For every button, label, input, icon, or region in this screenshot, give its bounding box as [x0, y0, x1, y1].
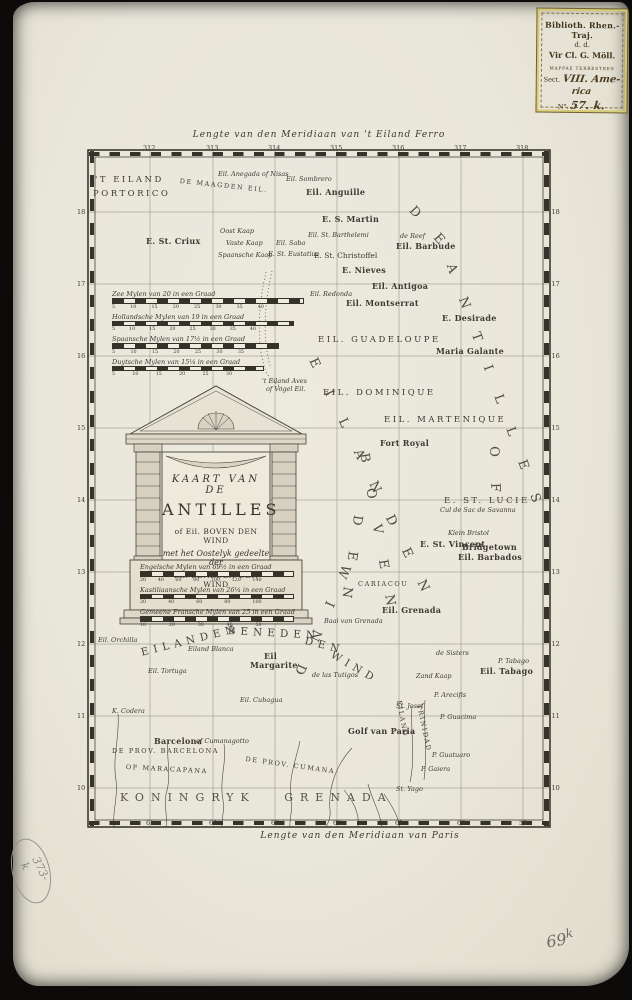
- scale-bar: Hollandsche Mylen van 19 in een Graad510…: [112, 313, 307, 334]
- frame-ticks-left: [90, 151, 95, 826]
- scale-bar-ticks: 5101520253035: [112, 349, 244, 355]
- bookplate-sect-handwriting: VIII. Ame-: [562, 74, 621, 86]
- map-label: KONINGRYK GRENADA: [120, 792, 393, 803]
- bookplate-section-row2: rica: [542, 87, 622, 98]
- map-label: E. S. Martin: [322, 215, 379, 223]
- scale-tick: 20: [169, 326, 175, 332]
- graticule-number: 17: [552, 280, 560, 288]
- map-label: Spaansche Kaap: [218, 252, 272, 259]
- graticule-number: 59: [519, 819, 527, 827]
- scale-tick: 35: [238, 349, 244, 355]
- scale-bar: Duytsche Mylen van 15¼ in een Graad51015…: [112, 358, 307, 379]
- scale-tick: 35: [230, 326, 236, 332]
- graticule-number: 14: [77, 496, 85, 504]
- scale-tick: 10: [129, 326, 135, 332]
- map-label: Margarite: [250, 661, 298, 669]
- scale-tick: 20: [169, 622, 175, 628]
- bookplate-section-row: Sect. VIII. Ame-: [542, 74, 622, 86]
- map-label: Cul de Sac de Savanna: [440, 507, 516, 514]
- scale-tick: 80: [224, 599, 230, 605]
- frame-ticks-bottom: [89, 821, 549, 826]
- map-label: P. Tabago: [498, 658, 529, 665]
- scale-bar-block: Zee Mylen van 20 in een Graad51015202530…: [112, 290, 307, 380]
- scale-bar: Kastiliaansche Mylen van 26¼ in een Graa…: [140, 586, 292, 607]
- scale-tick: 5: [112, 304, 115, 310]
- scale-tick: 20: [173, 349, 179, 355]
- bookplate-no-handwriting: 57. k.: [570, 99, 606, 112]
- scale-bar: Gemeene Fransche Mylen van 25 in een Gra…: [140, 608, 292, 629]
- map-label: Barcelona: [154, 737, 202, 745]
- graticule-number: 313: [206, 144, 218, 152]
- scale-tick: 60: [175, 577, 181, 583]
- scale-bar-ticks: 510152025303540: [112, 304, 264, 310]
- scale-tick: 120: [232, 577, 241, 583]
- scale-tick: 35: [237, 304, 243, 310]
- meridian-caption-bottom: Lengte van den Meridiaan van Paris: [150, 831, 570, 841]
- bookplate-donor: Vir Cl. G. Möll.: [542, 50, 622, 61]
- frame-ticks-right: [544, 151, 549, 826]
- scale-tick: 10: [140, 622, 146, 628]
- graticule-number: 60: [457, 819, 465, 827]
- bookplate-library: Biblioth. Rhen.-Traj.: [542, 20, 622, 41]
- graticule-number: 14: [552, 496, 560, 504]
- graticule-number: 312: [143, 144, 155, 152]
- graticule-number: 15: [552, 424, 560, 432]
- scale-bar-label: Duytsche Mylen van 15¼ in een Graad: [112, 358, 307, 366]
- map-label: E. St. Vincent: [420, 540, 485, 548]
- graticule-number: 315: [330, 144, 342, 152]
- map-label: Klein Bristol: [448, 530, 489, 537]
- scale-tick: 25: [195, 349, 201, 355]
- graticule-number: 11: [77, 712, 85, 720]
- map-label: Eil. Redonda: [310, 291, 352, 298]
- graticule-number: 12: [552, 640, 560, 648]
- map-label: PORTORICO: [93, 190, 170, 199]
- scale-tick: 140: [252, 577, 261, 583]
- map-label: Oost Kaap: [220, 228, 254, 235]
- scale-bar-label: Spaansche Mylen van 17½ in een Graad: [112, 335, 307, 343]
- bookplate-number-row: N°. 57. k.: [541, 99, 621, 113]
- bookplate-dd: d. d.: [542, 41, 622, 50]
- scale-tick: 20: [173, 304, 179, 310]
- scale-tick: 40: [168, 599, 174, 605]
- map-label: 'T EILAND: [95, 176, 164, 185]
- graticule-number: 10: [552, 784, 560, 792]
- scale-tick: 40: [258, 304, 264, 310]
- scale-bar-ticks: 20406080100: [140, 599, 262, 605]
- scale-bar-strip: [112, 298, 304, 304]
- scale-tick: 15: [152, 349, 158, 355]
- map-label: Eil. Montserrat: [346, 299, 419, 307]
- scale-bar: Zee Mylen van 20 in een Graad51015202530…: [112, 290, 307, 311]
- map-label: E. Nieves: [342, 266, 386, 274]
- graticule-number: 17: [77, 280, 85, 288]
- bookplate-sect-label: Sect.: [544, 76, 561, 84]
- map-label: Eil. Barbados: [458, 553, 522, 561]
- map-label: E. St. Criux: [146, 237, 201, 245]
- scale-tick: 30: [216, 349, 222, 355]
- graticule-number: 16: [77, 352, 85, 360]
- graticule-number: 13: [552, 568, 560, 576]
- map-label: P. Guatuaro: [432, 752, 470, 759]
- scale-tick: 100: [252, 599, 261, 605]
- graticule-number: 63: [271, 819, 279, 827]
- bookplate-inner-border: Biblioth. Rhen.-Traj. d. d. Vir Cl. G. M…: [541, 13, 624, 109]
- graticule-number: 316: [392, 144, 404, 152]
- map-label: Maria Galante: [436, 347, 504, 355]
- graticule-number: 61: [395, 819, 403, 827]
- scale-bar-label: Zee Mylen van 20 in een Graad: [112, 290, 307, 298]
- map-label: Eil. Saba: [276, 240, 305, 247]
- map-label: Vaste Kaap: [226, 240, 263, 247]
- map-label: Eil. Tabago: [480, 667, 533, 675]
- scale-bar-label: Kastiliaansche Mylen van 26¼ in een Graa…: [140, 586, 292, 594]
- map-label: Eil. Tortuga: [148, 668, 187, 675]
- scale-tick: 10: [130, 349, 136, 355]
- bookplate-series: MAPPAE TERRESTRES: [548, 66, 616, 72]
- graticule-number: 16: [552, 352, 560, 360]
- scale-bar-strip: [112, 343, 279, 349]
- library-bookplate: Biblioth. Rhen.-Traj. d. d. Vir Cl. G. M…: [535, 8, 628, 114]
- scale-tick: 40: [250, 326, 256, 332]
- map-label: EIL. GUADELOUPE: [318, 336, 441, 345]
- graticule-number: 62: [333, 819, 341, 827]
- scale-tick: 15: [152, 304, 158, 310]
- map-label: Baai van Grenada: [324, 618, 383, 625]
- scanned-map-page: Lengte van den Meridiaan van 't Eiland F…: [0, 0, 632, 1000]
- frame-ticks-top: [89, 152, 549, 157]
- scale-tick: 15: [156, 371, 162, 377]
- scale-tick: 20: [179, 371, 185, 377]
- map-label: EIL. DOMINIQUE: [323, 389, 436, 398]
- map-label: P. Guacima: [440, 714, 476, 721]
- cartouche-scale-bars: Engelsche Mylen van 69½ in een Graad2040…: [140, 563, 292, 631]
- scale-tick: 30: [198, 622, 204, 628]
- map-label: de Reef: [400, 233, 425, 240]
- graticule-number: 314: [268, 144, 280, 152]
- map-label: Fort Royal: [380, 439, 429, 447]
- graticule-number: 18: [552, 208, 560, 216]
- map-label: P. Arecifis: [434, 692, 466, 699]
- map-label: E. St. Christoffel: [314, 252, 377, 260]
- scale-tick: 25: [203, 371, 209, 377]
- map-label: Eil. St. Barthelemi: [308, 232, 369, 239]
- scale-bar-label: Gemeene Fransche Mylen van 25 in een Gra…: [140, 608, 292, 616]
- bookplate-no-label: N°.: [558, 103, 569, 111]
- map-label: Eil. Anguille: [306, 188, 365, 196]
- map-label: Eil. Cubagua: [240, 697, 282, 704]
- map-label: de las Tutigos: [312, 672, 358, 679]
- scale-bar: Engelsche Mylen van 69½ in een Graad2040…: [140, 563, 292, 584]
- graticule-number: 13: [77, 568, 85, 576]
- map-label: DE PROV. BARCELONA: [112, 748, 219, 755]
- cartouche-title-line2: ANTILLES: [162, 500, 270, 519]
- meridian-caption-top: Lengte van den Meridiaan van 't Eiland F…: [88, 130, 550, 140]
- scale-bar-strip: [140, 616, 294, 622]
- scale-tick: 80: [193, 577, 199, 583]
- scale-bar-label: Engelsche Mylen van 69½ in een Graad: [140, 563, 292, 571]
- graticule-number: 317: [454, 144, 466, 152]
- map-label: Eiland Blanca: [188, 646, 234, 653]
- scale-tick: 100: [211, 577, 220, 583]
- map-label: Eil. Antigoa: [372, 282, 428, 290]
- graticule-number: 64: [209, 819, 217, 827]
- map-label: Eil: [264, 652, 277, 660]
- scale-tick: 15: [149, 326, 155, 332]
- scale-tick: 10: [130, 304, 136, 310]
- scale-tick: 30: [215, 304, 221, 310]
- scale-tick: 40: [227, 622, 233, 628]
- graticule-number: 12: [77, 640, 85, 648]
- scale-tick: 50: [255, 622, 261, 628]
- graticule-number: 318: [516, 144, 528, 152]
- map-label: St. Yago: [396, 786, 423, 793]
- map-label: K. Codera: [112, 708, 145, 715]
- map-label: of Cumanagotto: [196, 738, 249, 745]
- map-label: O F: [487, 446, 502, 503]
- map-label: de Sisters: [436, 650, 469, 657]
- scale-bar-label: Hollandsche Mylen van 19 in een Graad: [112, 313, 307, 321]
- scale-tick: 40: [158, 577, 164, 583]
- scale-bar-strip: [140, 571, 294, 577]
- graticule-number: 18: [77, 208, 85, 216]
- scale-tick: 5: [112, 326, 115, 332]
- map-label: P. Gaiera: [421, 766, 450, 773]
- scale-tick: 20: [140, 599, 146, 605]
- scale-bar-ticks: 20406080100120140: [140, 577, 262, 583]
- map-label: Eil. Orchilla: [98, 637, 137, 644]
- scale-tick: 5: [112, 349, 115, 355]
- map-label: Eil. Sombrero: [286, 176, 332, 183]
- graticule-number: 65: [146, 819, 154, 827]
- scale-tick: 30: [210, 326, 216, 332]
- graticule-number: 10: [77, 784, 85, 792]
- scale-tick: 30: [226, 371, 232, 377]
- scale-tick: 25: [194, 304, 200, 310]
- scale-bar-ticks: 1020304050: [140, 622, 262, 628]
- scale-tick: 20: [140, 577, 146, 583]
- scale-tick: 10: [132, 371, 138, 377]
- scale-bar-ticks: 510152025303540: [112, 326, 256, 332]
- graticule-number: 11: [552, 712, 560, 720]
- map-label: EIL. MARTENIQUE: [384, 416, 506, 425]
- scale-bar-ticks: 51015202530: [112, 371, 232, 377]
- scale-tick: 25: [189, 326, 195, 332]
- cartouche-title-line3: of Eil. BOVEN DEN WIND: [162, 527, 270, 545]
- map-label: Golf van Paria: [348, 727, 416, 735]
- scale-tick: 5: [112, 371, 115, 377]
- bookplate-sect-handwriting2: rica: [571, 87, 592, 97]
- map-label: Zand Kaap: [416, 673, 452, 680]
- map-label: Eil. Anegada of Nisas: [218, 171, 289, 178]
- graticule-number: 15: [77, 424, 85, 432]
- cartouche-title-line1: KAART VAN DE: [162, 474, 270, 496]
- scale-bar: Spaansche Mylen van 17½ in een Graad5101…: [112, 335, 307, 356]
- map-label: E. St. Eustatius: [268, 251, 319, 258]
- scale-tick: 60: [196, 599, 202, 605]
- map-label: of Vogel Eil.: [266, 386, 306, 393]
